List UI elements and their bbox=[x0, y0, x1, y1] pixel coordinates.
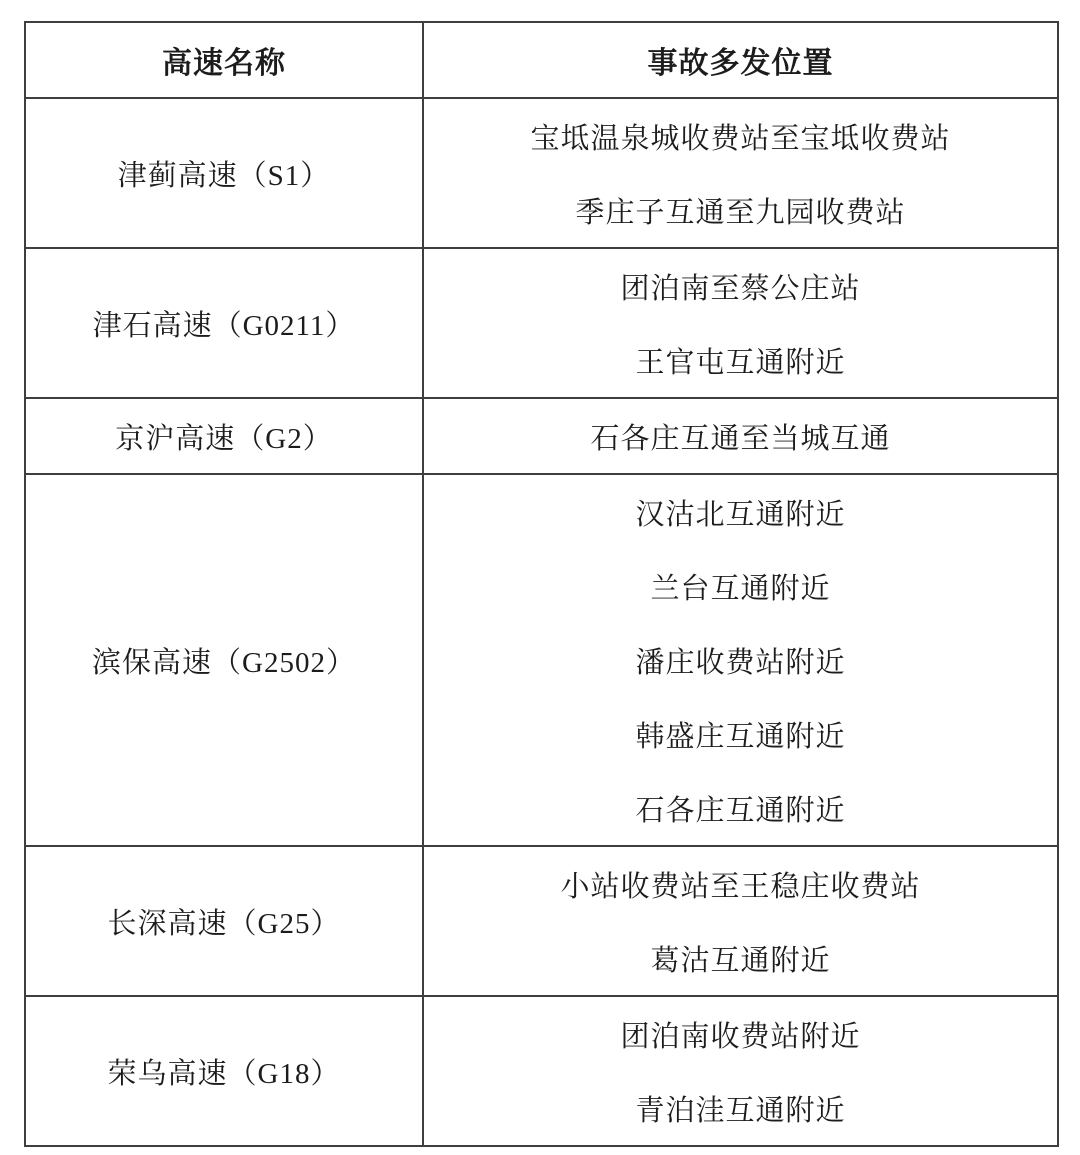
table-row: 津石高速（G0211） 团泊南至蔡公庄站 王官屯互通附近 bbox=[25, 248, 1058, 398]
location-item: 小站收费站至王稳庄收费站 bbox=[424, 847, 1057, 921]
location-item: 汉沽北互通附近 bbox=[424, 475, 1057, 549]
location-item: 兰台互通附近 bbox=[424, 549, 1057, 623]
location-item: 石各庄互通附近 bbox=[424, 771, 1057, 845]
locations-cell: 宝坻温泉城收费站至宝坻收费站 季庄子互通至九园收费站 bbox=[423, 98, 1058, 248]
accident-table-container: 高速名称 事故多发位置 津蓟高速（S1） 宝坻温泉城收费站至宝坻收费站 季庄子互… bbox=[24, 21, 1059, 1147]
location-item: 王官屯互通附近 bbox=[424, 323, 1057, 397]
table-row: 津蓟高速（S1） 宝坻温泉城收费站至宝坻收费站 季庄子互通至九园收费站 bbox=[25, 98, 1058, 248]
highway-name: 津石高速（G0211） bbox=[25, 248, 423, 398]
table-row: 长深高速（G25） 小站收费站至王稳庄收费站 葛沽互通附近 bbox=[25, 846, 1058, 996]
highway-name: 荣乌高速（G18） bbox=[25, 996, 423, 1146]
location-item: 季庄子互通至九园收费站 bbox=[424, 173, 1057, 247]
highway-name: 长深高速（G25） bbox=[25, 846, 423, 996]
locations-cell: 小站收费站至王稳庄收费站 葛沽互通附近 bbox=[423, 846, 1058, 996]
location-item: 石各庄互通至当城互通 bbox=[424, 399, 1057, 473]
locations-cell: 石各庄互通至当城互通 bbox=[423, 398, 1058, 474]
column-header-accident-locations: 事故多发位置 bbox=[423, 22, 1058, 98]
highway-name: 津蓟高速（S1） bbox=[25, 98, 423, 248]
location-item: 葛沽互通附近 bbox=[424, 921, 1057, 995]
location-item: 青泊洼互通附近 bbox=[424, 1071, 1057, 1145]
column-header-highway-name: 高速名称 bbox=[25, 22, 423, 98]
location-item: 宝坻温泉城收费站至宝坻收费站 bbox=[424, 99, 1057, 173]
highway-name: 京沪高速（G2） bbox=[25, 398, 423, 474]
location-item: 潘庄收费站附近 bbox=[424, 623, 1057, 697]
highway-name: 滨保高速（G2502） bbox=[25, 474, 423, 846]
location-item: 团泊南收费站附近 bbox=[424, 997, 1057, 1071]
table-row: 滨保高速（G2502） 汉沽北互通附近 兰台互通附近 潘庄收费站附近 韩盛庄互通… bbox=[25, 474, 1058, 846]
location-item: 韩盛庄互通附近 bbox=[424, 697, 1057, 771]
location-item: 团泊南至蔡公庄站 bbox=[424, 249, 1057, 323]
table-row: 荣乌高速（G18） 团泊南收费站附近 青泊洼互通附近 bbox=[25, 996, 1058, 1146]
highway-accident-table: 高速名称 事故多发位置 津蓟高速（S1） 宝坻温泉城收费站至宝坻收费站 季庄子互… bbox=[24, 21, 1059, 1147]
locations-cell: 汉沽北互通附近 兰台互通附近 潘庄收费站附近 韩盛庄互通附近 石各庄互通附近 bbox=[423, 474, 1058, 846]
table-row: 京沪高速（G2） 石各庄互通至当城互通 bbox=[25, 398, 1058, 474]
locations-cell: 团泊南至蔡公庄站 王官屯互通附近 bbox=[423, 248, 1058, 398]
table-header-row: 高速名称 事故多发位置 bbox=[25, 22, 1058, 98]
locations-cell: 团泊南收费站附近 青泊洼互通附近 bbox=[423, 996, 1058, 1146]
